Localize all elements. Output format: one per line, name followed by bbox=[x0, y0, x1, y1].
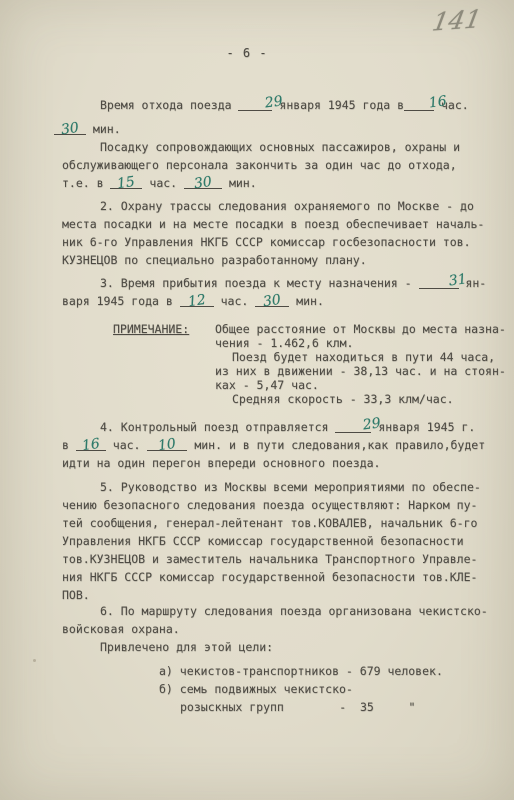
typed-text: мин. bbox=[289, 294, 324, 308]
handwritten-value: 30 bbox=[262, 293, 282, 309]
document-body: Время отхода поезда 29 января 1945 года … bbox=[62, 96, 488, 716]
text-line: б) семь подвижных чекистско- bbox=[159, 680, 488, 698]
text-line: КУЗНЕЦОВ по специально разработанному пл… bbox=[62, 251, 488, 269]
handwritten-value: 30 bbox=[193, 175, 213, 191]
typed-text: января 1945 г. bbox=[371, 420, 475, 434]
handwritten-value: 16 bbox=[81, 437, 101, 453]
typed-text: КУЗНЕЦОВ по специально разработанному пл… bbox=[62, 253, 367, 267]
text-line: Время отхода поезда 29 января 1945 года … bbox=[62, 96, 488, 114]
paper-speck bbox=[33, 659, 36, 662]
text-line: т.е. в 15 час. 30 мин. bbox=[62, 174, 488, 192]
text-line: идти на один перегон впереди основного п… bbox=[62, 454, 488, 472]
typed-text: Поезд будет находиться в пути 44 часа, bbox=[232, 350, 495, 364]
text-line: ПРИМЕЧАНИЕ:Общее расстояние от Москвы до… bbox=[215, 322, 488, 336]
typed-text: розыскных групп - 35 " bbox=[180, 700, 415, 714]
text-line: 2. Охрану трассы следования охраняемого … bbox=[62, 197, 488, 215]
text-line: тов.КУЗНЕЦОВ и заместитель начальника Тр… bbox=[62, 550, 488, 568]
typed-text: Управления НКГБ СССР комиссар государств… bbox=[62, 534, 464, 548]
text-line: ник 6-го Управления НКГБ СССР комиссар г… bbox=[62, 233, 488, 251]
paper-speck bbox=[124, 650, 127, 652]
typed-text: 6. По маршруту следования поезда организ… bbox=[100, 604, 488, 618]
typed-text: чения - 1.462,6 клм. bbox=[215, 336, 353, 350]
typed-text: мин. и в пути следования,как правило,буд… bbox=[187, 438, 485, 452]
typed-text: чению безопасного следования поезда осущ… bbox=[62, 498, 477, 512]
typed-text: тей сообщения, генерал-лейтенант тов.КОВ… bbox=[62, 516, 477, 530]
typed-text: Общее расстояние от Москвы до места назн… bbox=[215, 322, 506, 336]
typed-text: варя 1945 года в bbox=[62, 294, 180, 308]
text-line: тей сообщения, генерал-лейтенант тов.КОВ… bbox=[62, 514, 488, 532]
scanned-document-page: 141 - 6 - Время отхода поезда 29 января … bbox=[0, 0, 514, 800]
typed-text: обслуживающего персонала закончить за од… bbox=[62, 158, 457, 172]
typed-text: мин. bbox=[86, 122, 121, 136]
text-line: 4. Контрольный поезд отправляется 29 янв… bbox=[62, 418, 488, 436]
typed-text: б) семь подвижных чекистско- bbox=[159, 682, 353, 696]
handwritten-value: 12 bbox=[187, 293, 207, 309]
fill-in-blank: 31 bbox=[419, 275, 459, 289]
typed-text: ПОВ. bbox=[62, 588, 90, 602]
typed-text: ник 6-го Управления НКГБ СССР комиссар г… bbox=[62, 235, 471, 249]
text-line: чения - 1.462,6 клм. bbox=[215, 336, 488, 350]
text-line: из них в движении - 38,13 час. и на стоя… bbox=[215, 364, 488, 378]
typed-text: места посадки и на месте посадки в поезд… bbox=[62, 217, 484, 231]
text-line: обслуживающего персонала закончить за од… bbox=[62, 156, 488, 174]
fill-in-blank: 16 bbox=[76, 437, 106, 451]
typed-text: Посадку сопровождающих основных пассажир… bbox=[100, 140, 460, 154]
fill-in-blank: 29 bbox=[335, 419, 371, 433]
typed-text: 2. Охрану трассы следования охраняемого … bbox=[100, 199, 474, 213]
typed-text: войсковая охрана. bbox=[62, 622, 180, 636]
text-line: Посадку сопровождающих основных пассажир… bbox=[62, 138, 488, 156]
typed-text: в bbox=[62, 438, 76, 452]
typed-text: мин. bbox=[222, 176, 257, 190]
typed-text: т.е. в bbox=[62, 176, 110, 190]
text-line: розыскных групп - 35 " bbox=[180, 698, 488, 716]
fill-in-blank: 30 bbox=[184, 175, 222, 189]
typed-text: 4. Контрольный поезд отправляется bbox=[100, 420, 335, 434]
typed-text: а) чекистов-транспортников - 679 человек… bbox=[159, 664, 443, 678]
folio-number-handwritten: 141 bbox=[430, 6, 483, 34]
typed-text: из них в движении - 38,13 час. и на стоя… bbox=[215, 364, 506, 378]
text-line: Управления НКГБ СССР комиссар государств… bbox=[62, 532, 488, 550]
text-line: места посадки и на месте посадки в поезд… bbox=[62, 215, 488, 233]
typed-text: идти на один перегон впереди основного п… bbox=[62, 456, 381, 470]
typed-text: час. bbox=[106, 438, 148, 452]
text-line: чению безопасного следования поезда осущ… bbox=[62, 496, 488, 514]
fill-in-blank: 16 bbox=[404, 97, 434, 111]
typed-text: Средняя скорость - 33,3 клм/час. bbox=[232, 392, 454, 406]
page-number: - 6 - bbox=[0, 46, 494, 60]
text-line: а) чекистов-транспортников - 679 человек… bbox=[159, 662, 488, 680]
fill-in-blank: 15 bbox=[110, 175, 142, 189]
handwritten-value: 10 bbox=[158, 437, 178, 453]
handwritten-value: 31 bbox=[410, 272, 467, 294]
text-line: 6. По маршруту следования поезда организ… bbox=[62, 602, 488, 620]
note-label: ПРИМЕЧАНИЕ: bbox=[113, 322, 189, 336]
typed-text: час. bbox=[142, 176, 184, 190]
fill-in-blank: 30 bbox=[54, 121, 86, 135]
text-line: ния НКГБ СССР комиссар государственной б… bbox=[62, 568, 488, 586]
text-line: войсковая охрана. bbox=[62, 620, 488, 638]
text-line: в 16 час. 10 мин. и в пути следования,ка… bbox=[62, 436, 488, 454]
typed-text: января 1945 года в bbox=[272, 98, 404, 112]
typed-text: тов.КУЗНЕЦОВ и заместитель начальника Тр… bbox=[62, 552, 477, 566]
typed-text: час. bbox=[214, 294, 256, 308]
typed-text: 5. Руководство из Москвы всеми мероприят… bbox=[100, 480, 481, 494]
fill-in-blank: 10 bbox=[147, 437, 187, 451]
text-line: 30 мин. bbox=[54, 120, 488, 138]
text-line: Средняя скорость - 33,3 клм/час. bbox=[215, 392, 488, 406]
text-line: 3. Время прибытия поезда к месту назначе… bbox=[62, 274, 488, 292]
typed-text: ния НКГБ СССР комиссар государственной б… bbox=[62, 570, 477, 584]
handwritten-value: 30 bbox=[60, 121, 80, 137]
text-line: 5. Руководство из Москвы всеми мероприят… bbox=[62, 478, 488, 496]
fill-in-blank: 12 bbox=[180, 293, 214, 307]
fill-in-blank: 30 bbox=[255, 293, 289, 307]
typed-text: 3. Время прибытия поезда к месту назначе… bbox=[100, 276, 419, 290]
typed-text: ках - 5,47 час. bbox=[215, 378, 319, 392]
text-line: ках - 5,47 час. bbox=[215, 378, 488, 392]
text-line: Поезд будет находиться в пути 44 часа, bbox=[215, 350, 488, 364]
fill-in-blank: 29 bbox=[238, 97, 272, 111]
typed-text: Время отхода поезда bbox=[100, 98, 238, 112]
text-line: Привлечено для этой цели: bbox=[62, 638, 488, 656]
text-line: варя 1945 года в 12 час. 30 мин. bbox=[62, 292, 488, 310]
handwritten-value: 15 bbox=[117, 175, 137, 191]
